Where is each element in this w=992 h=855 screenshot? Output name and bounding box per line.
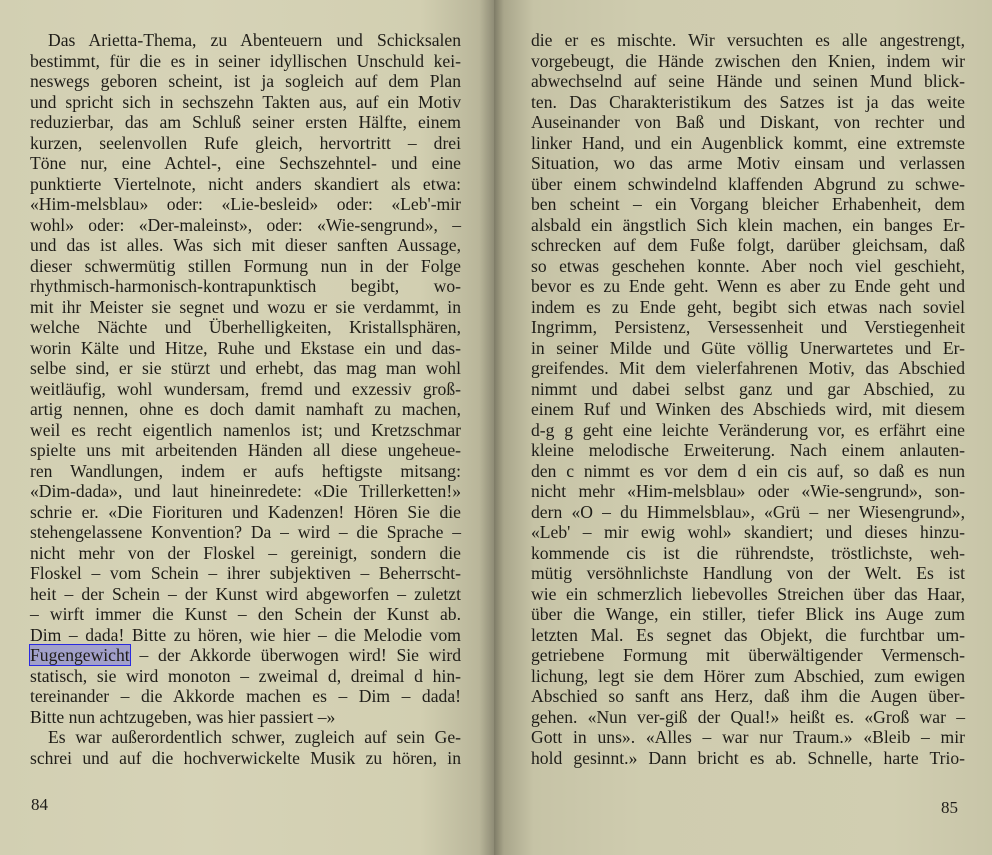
text-line: Töne nur, eine Achtel-, eine Sechszehnte… (30, 153, 461, 174)
text-line: bestimmt, für die es in seiner idyllisch… (30, 51, 461, 72)
text-line: punktierte Viertelnote, nicht anders ska… (30, 174, 461, 195)
text-line: schrie er. «Die Fiorituren und Kadenzen!… (30, 502, 461, 523)
text-line: «Him-melsblau» oder: «Lie-besleid» oder:… (30, 194, 461, 215)
text-line: schrei und auf die hochverwickelte Musik… (30, 748, 461, 769)
highlighted-word[interactable]: Fugengewicht (30, 645, 130, 665)
text-line: tereinander – die Akkorde machen es – Di… (30, 686, 461, 707)
text-line: worin Kälte und Hitze, Ruhe und Ekstase … (30, 338, 461, 359)
text-line: so etwas geschehen konnte. Aber noch vie… (531, 256, 965, 277)
text-line: Auseinander von Baß und Diskant, von rec… (531, 112, 965, 133)
text-line: wohl» oder: «Der-maleinst», oder: «Wie-s… (30, 215, 461, 236)
text-line: kommende cis ist die rührendste, tröstli… (531, 543, 965, 564)
left-page: Das Arietta-Thema, zu Abenteuern und Sch… (0, 0, 494, 855)
text-line: nicht mehr «Him-melsblau» oder «Wie-seng… (531, 481, 965, 502)
text-line: einem Ruf und Winken des Abschieds wird,… (531, 399, 965, 420)
text-line: gehen. «Nun ver-giß der Qual!» heißt es.… (531, 707, 965, 728)
text-line: nimmt und dabei selbst ganz und gar Absc… (531, 379, 965, 400)
text-line: Es war außerordentlich schwer, zugleich … (30, 727, 461, 748)
text-line: weil es recht eigentlich namenlos ist; u… (30, 420, 461, 441)
text-line: indem es zu Ende geht, begibt sich etwas… (531, 297, 965, 318)
text-line: reduzierbar, das am Schluß seiner ersten… (30, 112, 461, 133)
text-line: abwechselnd auf seine Hände und seinen M… (531, 71, 965, 92)
text-line: über einem schwindelnd klaffenden Abgrun… (531, 174, 965, 195)
text-line: rhythmisch-harmonisch-kontrapunktisch be… (30, 276, 461, 297)
text-line: und das ist alles. Was sich mit dieser s… (30, 235, 461, 256)
text-line: lichung, legt sie dem Hörer zum Abschied… (531, 666, 965, 687)
text-line: Abschied so sanft ans Herz, daß ihm die … (531, 686, 965, 707)
text-line: kurzen, seelenvollen Rufe gleich, hervor… (30, 133, 461, 154)
text-line: selbe sind, er sie stürzt und erhebt, da… (30, 358, 461, 379)
text-line: hold gesinnt.» Dann bricht es ab. Schnel… (531, 748, 965, 769)
text-line: bevor es zu Ende geht. Wenn es aber zu E… (531, 276, 965, 297)
text-line: welche Nächte und Überhelligkeiten, Kris… (30, 317, 461, 338)
text-line: letzten Mal. Es segnet das Objekt, die f… (531, 625, 965, 646)
text-line: in seiner Milde und Güte völlig Unerwart… (531, 338, 965, 359)
text-line: kleine melodische Erweiterung. Nach eine… (531, 440, 965, 461)
text-line: vorgebeugt, die Hände zwischen den Knien… (531, 51, 965, 72)
text-line: d-g g geht eine leichte Veränderung vor,… (531, 420, 965, 441)
text-line: heit – der Schein – der Kunst wird abgew… (30, 584, 461, 605)
text-line: über die Wange, ein stiller, tiefer Blic… (531, 604, 965, 625)
text-line: dern «O – du Himmelsblau», «Grü – ner Wi… (531, 502, 965, 523)
text-line: artig nennen, ohne es doch damit namhaft… (30, 399, 461, 420)
text-line: «Leb' – mir ewig wohl» skandiert; und di… (531, 522, 965, 543)
text-line: Das Arietta-Thema, zu Abenteuern und Sch… (30, 30, 461, 51)
text-line: und spricht sich in sechszehn Takten aus… (30, 92, 461, 113)
text-line: mit ihr Meister sie segnet und wozu er s… (30, 297, 461, 318)
text-line: Gott in uns». «Alles – war nur Traum.» «… (531, 727, 965, 748)
text-line: linker Hand, und ein Augenblick kommt, e… (531, 133, 965, 154)
text-line: greifendes. Mit dem vielerfahrenen Motiv… (531, 358, 965, 379)
text-line: getriebene Formung mit überwältigender V… (531, 645, 965, 666)
left-page-text: Das Arietta-Thema, zu Abenteuern und Sch… (30, 30, 461, 768)
text-line: dieser schwermütig stillen Formung nun i… (30, 256, 461, 277)
text-line: alsbald ein ängstlich Sich klein machen,… (531, 215, 965, 236)
text-line: weitläufig, wohl wundersam, fremd und ex… (30, 379, 461, 400)
text-line: Bitte nun achtzugeben, was hier passiert… (30, 707, 461, 728)
text-line: nicht mehr von der Floskel – gereinigt, … (30, 543, 461, 564)
right-page: die er es mischte. Wir versuchten es all… (494, 0, 992, 855)
text-line: den c nimmt es vor dem d ein cis auf, so… (531, 461, 965, 482)
text-line: – wirft immer die Kunst – den Schein der… (30, 604, 461, 625)
text-line: wie ein schmerzlich liebevolles Streiche… (531, 584, 965, 605)
text-line: neswegs geboren scheint, ist ja sogleich… (30, 71, 461, 92)
text-line: stehengelassene Konvention? Da – wird – … (30, 522, 461, 543)
text-line: Dim – dada! Bitte zu hören, wie hier – d… (30, 625, 461, 646)
text-line-with-highlight: Fugengewicht – der Akkorde überwogen wir… (30, 645, 461, 666)
text-line: Floskel – vom Schein – ihrer subjektiven… (30, 563, 461, 584)
text-line: «Dim-dada», und laut hineinredete: «Die … (30, 481, 461, 502)
text-line: statisch, sie wird monoton – zweimal d, … (30, 666, 461, 687)
book-spread: Das Arietta-Thema, zu Abenteuern und Sch… (0, 0, 992, 855)
right-page-text: die er es mischte. Wir versuchten es all… (531, 30, 965, 768)
page-number-left: 84 (31, 795, 48, 815)
text-line: ten. Das Charakteristikum des Satzes ist… (531, 92, 965, 113)
page-number-right: 85 (941, 798, 958, 818)
text-line: Ingrimm, Persistenz, Versessenheit und V… (531, 317, 965, 338)
text-line: Situation, wo das arme Motiv einsam und … (531, 153, 965, 174)
highlight-line-rest: – der Akkorde überwogen wird! Sie wird (139, 645, 461, 665)
text-line: mütig versöhnlichste Handlung von der We… (531, 563, 965, 584)
text-line: schrecken auf dem Fuße folgt, darüber gl… (531, 235, 965, 256)
text-line: ren Wandlungen, indem er aufs heftigste … (30, 461, 461, 482)
text-line: ben scheint – ein Vorgang bleicher Erhab… (531, 194, 965, 215)
text-line: die er es mischte. Wir versuchten es all… (531, 30, 965, 51)
text-line: spielte uns mit arbeitenden Händen all d… (30, 440, 461, 461)
